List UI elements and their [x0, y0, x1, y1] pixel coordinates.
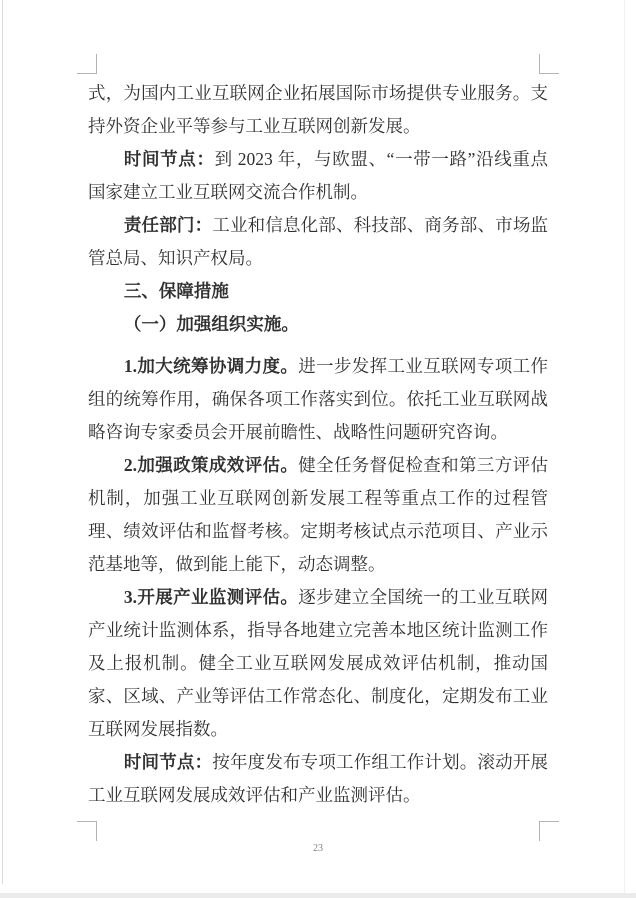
document-page: 式，为国内工业互联网企业拓展国际市场提供专业服务。支持外资企业平等参与工业互联网…: [0, 0, 636, 898]
bold-text-run: 1.加大统筹协调力度。: [124, 356, 298, 376]
document-body: 式，为国内工业互联网企业拓展国际市场提供专业服务。支持外资企业平等参与工业互联网…: [88, 77, 548, 812]
para-point-3: 3.开展产业监测评估。逐步建立全国统一的工业互联网产业统计监测体系，指导各地建立…: [88, 581, 548, 746]
heading-section-three: 三、保障措施: [88, 275, 548, 308]
text-run: 逐步建立全国统一的工业互联网产业统计监测体系，指导各地建立完善本地区统计监测工作…: [88, 587, 548, 739]
bold-text-run: 责任部门：: [124, 215, 212, 235]
text-run: 式，为国内工业互联网企业拓展国际市场提供专业服务。支持外资企业平等参与工业互联网…: [88, 83, 548, 136]
crop-mark-top-right: [539, 54, 559, 74]
page-right-edge-line: [624, 0, 625, 893]
para-time-node-2: 时间节点：按年度发布专项工作组工作计划。滚动开展工业互联网发展成效评估和产业监测…: [88, 746, 548, 812]
bold-text-run: 2.加强政策成效评估。: [124, 455, 298, 475]
bold-text-run: 三、保障措施: [124, 281, 229, 301]
bold-text-run: （一）加强组织实施。: [124, 314, 299, 334]
heading-sub-one: （一）加强组织实施。: [88, 308, 548, 341]
para-point-1: 1.加大统筹协调力度。进一步发挥工业互联网专项工作组的统筹作用，确保各项工作落实…: [88, 350, 548, 449]
crop-mark-top-left: [77, 54, 97, 74]
para-time-node-1: 时间节点：到 2023 年，与欧盟、“一带一路”沿线重点国家建立工业互联网交流合…: [88, 143, 548, 209]
crop-mark-bottom-right: [539, 821, 559, 841]
page-number: 23: [0, 843, 636, 855]
bold-text-run: 时间节点：: [124, 752, 212, 772]
bold-text-run: 3.开展产业监测评估。: [124, 587, 298, 607]
page-left-edge-line: [2, 0, 3, 884]
para-point-2: 2.加强政策成效评估。健全任务督促检查和第三方评估机制，加强工业互联网创新发展工…: [88, 449, 548, 581]
page-bottom-edge-line: [0, 893, 636, 898]
para-responsible-depts: 责任部门：工业和信息化部、科技部、商务部、市场监管总局、知识产权局。: [88, 209, 548, 275]
para-continuation: 式，为国内工业互联网企业拓展国际市场提供专业服务。支持外资企业平等参与工业互联网…: [88, 77, 548, 143]
bold-text-run: 时间节点：: [124, 149, 215, 169]
crop-mark-bottom-left: [77, 821, 97, 841]
